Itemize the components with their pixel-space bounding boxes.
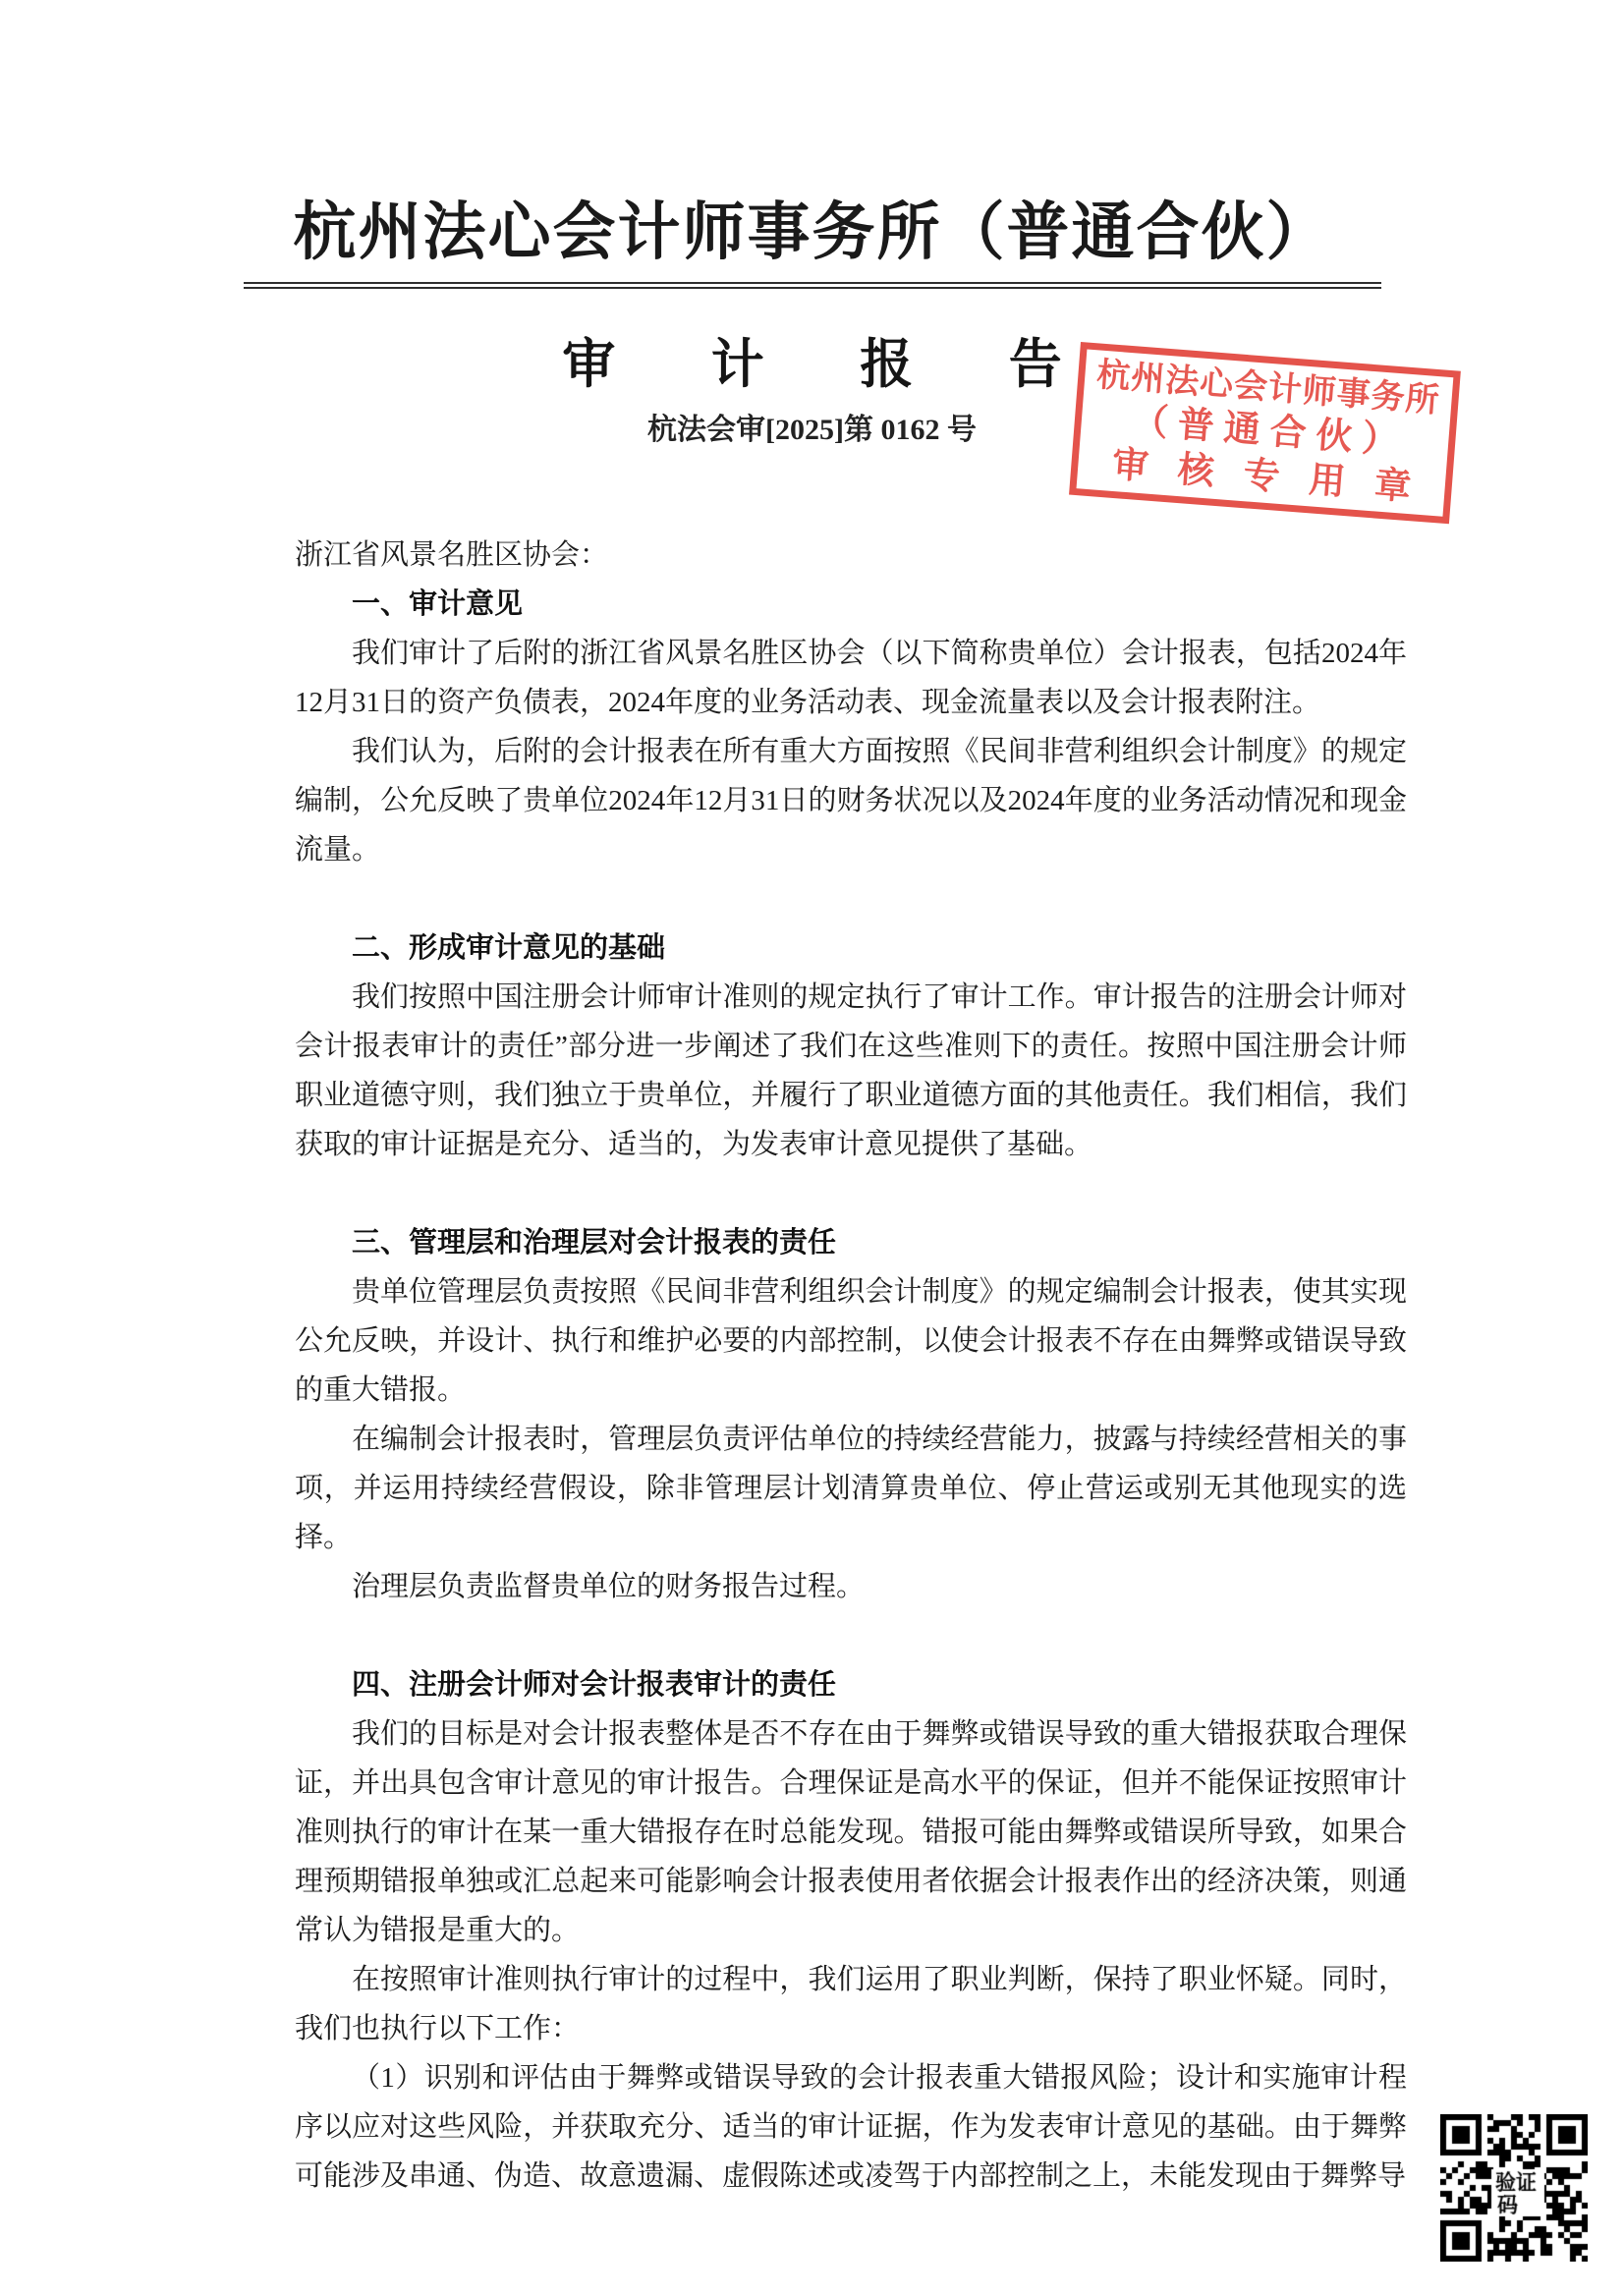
addressee: 浙江省风景名胜区协会： xyxy=(295,531,1407,580)
paragraph: （1）识别和评估由于舞弊或错误导致的会计报表重大错报风险；设计和实施审计程序以应… xyxy=(295,2053,1407,2201)
paragraph: 我们审计了后附的浙江省风景名胜区协会（以下简称贵单位）会计报表，包括2024年1… xyxy=(295,629,1407,727)
section-heading-1: 一、审计意见 xyxy=(295,580,1407,629)
letterhead-double-rule xyxy=(244,282,1381,289)
paragraph: 在编制会计报表时，管理层负责评估单位的持续经营能力，披露与持续经营相关的事项，并… xyxy=(295,1415,1407,1562)
firm-letterhead-title: 杭州法心会计师事务所（普通合伙） xyxy=(0,198,1624,267)
audit-report-page: 杭州法心会计师事务所（普通合伙） 审 计 报 告 杭法会审[2025]第 016… xyxy=(0,0,1624,2295)
paragraph: 我们按照中国注册会计师审计准则的规定执行了审计工作。审计报告的注册会计师对会计报… xyxy=(295,973,1407,1169)
paragraph: 治理层负责监督贵单位的财务报告过程。 xyxy=(295,1562,1407,1611)
section-heading-3: 三、管理层和治理层对会计报表的责任 xyxy=(295,1218,1407,1267)
paragraph: 贵单位管理层负责按照《民间非营利组织会计制度》的规定编制会计报表，使其实现公允反… xyxy=(295,1267,1407,1415)
paragraph: 我们认为，后附的会计报表在所有重大方面按照《民间非营利组织会计制度》的规定编制，… xyxy=(295,727,1407,874)
section-heading-2: 二、形成审计意见的基础 xyxy=(295,924,1407,973)
qr-code xyxy=(1440,2114,1588,2262)
section-heading-4: 四、注册会计师对会计报表审计的责任 xyxy=(295,1660,1407,1709)
red-approval-stamp: 杭州法心会计师事务所 （普通合伙） 审核专用章 xyxy=(1069,342,1461,524)
report-body: 浙江省风景名胜区协会： 一、审计意见 我们审计了后附的浙江省风景名胜区协会（以下… xyxy=(295,531,1407,2201)
paragraph: 我们的目标是对会计报表整体是否不存在由于舞弊或错误导致的重大错报获取合理保证，并… xyxy=(295,1709,1407,1955)
paragraph: 在按照审计准则执行审计的过程中，我们运用了职业判断，保持了职业怀疑。同时，我们也… xyxy=(295,1955,1407,2053)
